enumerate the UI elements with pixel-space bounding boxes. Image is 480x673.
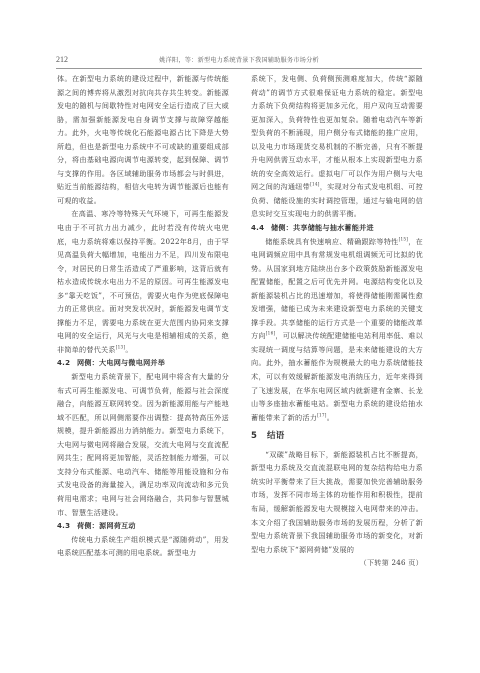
page-header: 212 姚洋阳，等：新型电力系统背景下我国辅助服务市场分析 — [56, 55, 422, 67]
citation[interactable]: [14] — [310, 182, 320, 187]
section-heading-4-3: 4.3荷侧：源网荷互动 — [57, 519, 229, 533]
paragraph: 在高温、寒冷等特殊天气环境下，可再生能源发电由于不可抗力出力减少，此时若没有传统… — [57, 207, 229, 356]
citation[interactable]: [17] — [317, 412, 327, 417]
citation[interactable]: [15] — [399, 236, 409, 241]
paragraph: 体。在新型电力系统的建设过程中，新能源与传统能源之间的博弈将从激烈对抗向共存共生… — [57, 72, 229, 207]
section-heading-4-2: 4.2网侧：大电网与微电网并举 — [57, 356, 229, 370]
continued-note: （下转第 246 页） — [251, 556, 423, 570]
citation[interactable]: [13] — [116, 345, 126, 350]
section-heading-5: 5结语 — [251, 430, 423, 444]
left-column: 体。在新型电力系统的建设过程中，新能源与传统能源之间的博弈将从激烈对抗向共存共生… — [57, 72, 229, 560]
citation[interactable]: [16] — [266, 331, 276, 336]
paragraph: 系统下，发电侧、负荷侧预测难度加大，传统“源随荷动”的调节方式很难保证电力系统的… — [251, 72, 423, 221]
right-column: 系统下，发电侧、负荷侧预测难度加大，传统“源随荷动”的调节方式很难保证电力系统的… — [251, 72, 423, 570]
running-title: 姚洋阳，等：新型电力系统背景下我国辅助服务市场分析 — [56, 55, 422, 64]
paragraph: 新型电力系统背景下，配电网中将含有大量的分布式可再生能源发电、可调节负荷，能源与… — [57, 370, 229, 519]
header-rule — [56, 68, 422, 69]
paragraph: “双碳”战略目标下，新能源装机占比不断提高，新型电力系统及交直流混联电网的复杂结… — [251, 448, 423, 556]
paragraph: 储能系统具有快速响应、精确跟踪等特性[15]，在电网调频应用中具有常规发电机组调… — [251, 235, 423, 425]
paragraph: 传统电力系统生产组织模式是“源随荷动”，用发电系统匹配基本可测的用电系统。新型电… — [57, 533, 229, 560]
section-heading-4-4: 4.4储侧：共享储能与抽水蓄能并进 — [251, 221, 423, 235]
